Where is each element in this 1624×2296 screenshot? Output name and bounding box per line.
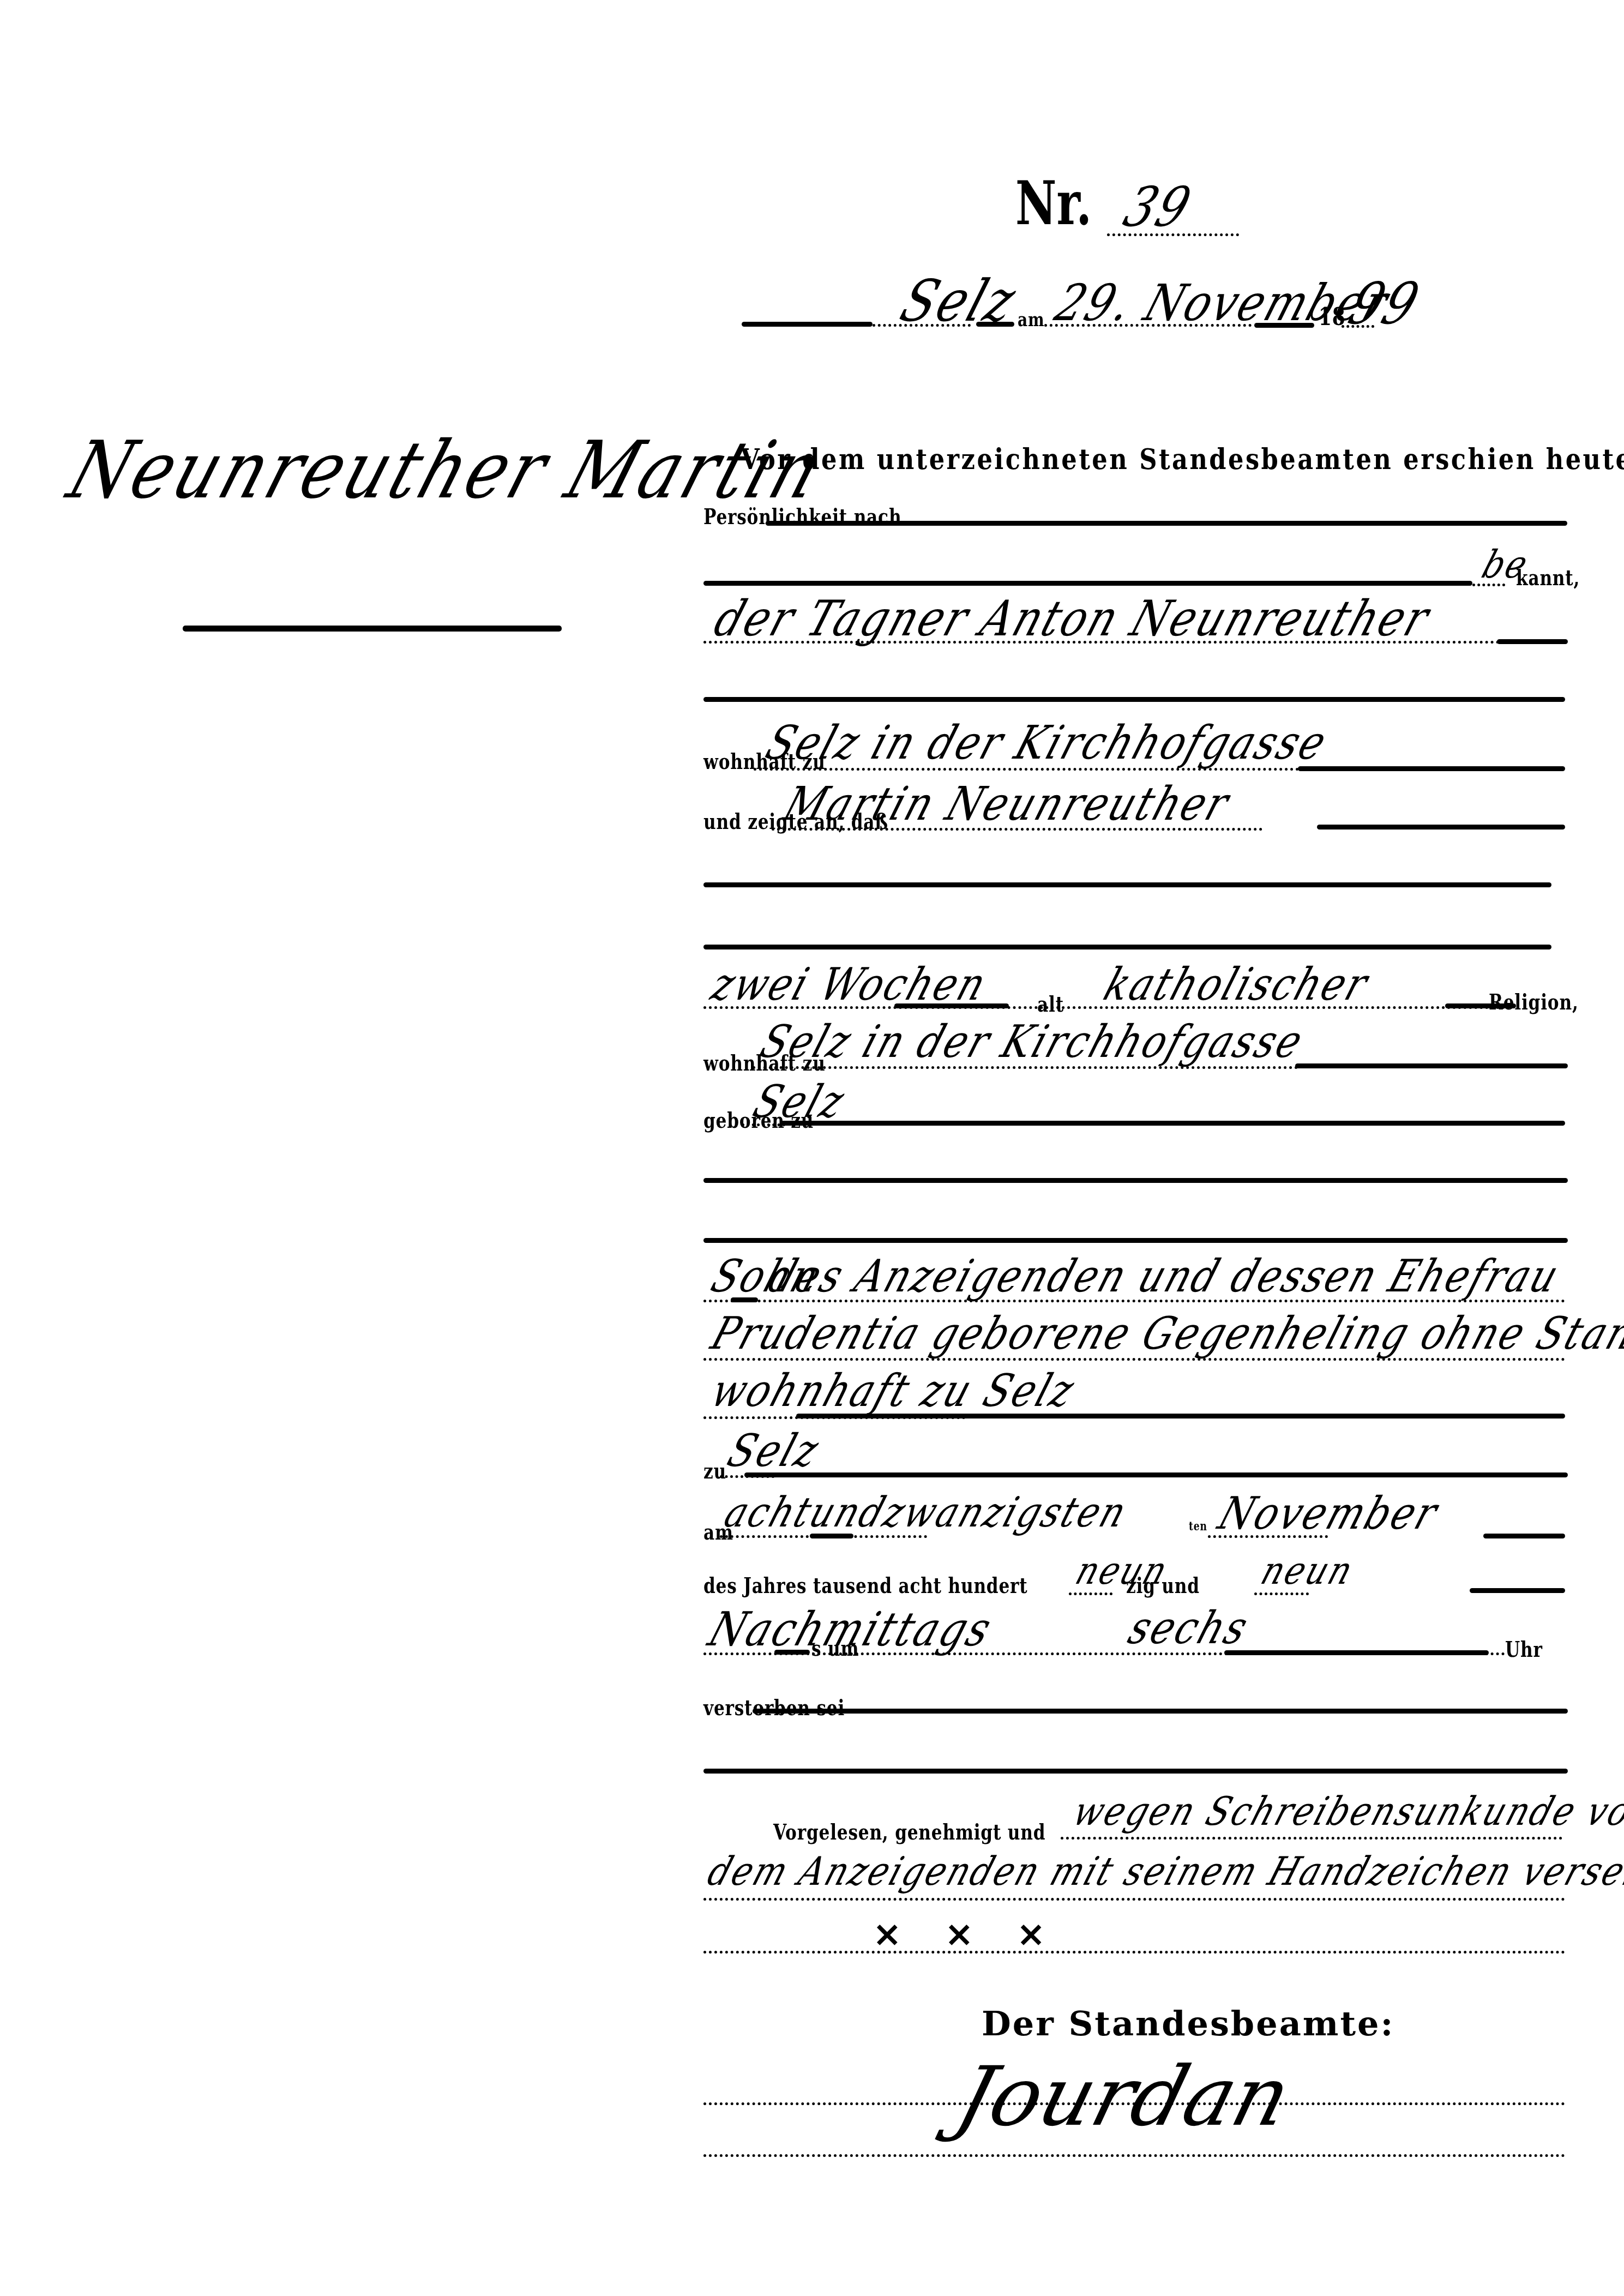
death-place: Selz (723, 1429, 825, 1474)
informant-residence-line-end (1298, 766, 1565, 771)
blank-line-3 (703, 945, 1551, 949)
deceased-residence: Selz in der Kirchhofgasse (755, 1020, 1309, 1065)
deceased-name: Martin Neunreuther (779, 781, 1236, 827)
religion-label: Religion, (1489, 991, 1579, 1013)
closing-line-2: dem Anzeigenden mit seinem Handzeichen v… (703, 1852, 1624, 1891)
record-number-label: Nr. (1015, 173, 1092, 233)
blank-line-2 (703, 882, 1551, 887)
s-um-label: s um (811, 1638, 859, 1660)
registrar-signature: Jourdan (949, 2056, 1298, 2138)
birthplace-line-end (780, 1121, 1565, 1126)
informant-line-end (1497, 639, 1568, 644)
death-month-line-end (1483, 1534, 1565, 1538)
record-number-underline (1107, 233, 1239, 236)
hand-marks-dots (703, 1951, 1565, 1954)
record-number-value: 39 (1118, 180, 1198, 235)
death-day: achtundzwanzigsten (720, 1492, 1133, 1533)
religion-value: katholischer (1099, 963, 1374, 1007)
margin-underline (183, 626, 562, 632)
uhr-label: Uhr (1505, 1639, 1543, 1661)
am-label: am (1018, 310, 1044, 329)
ten-label: ten (1189, 1520, 1207, 1532)
vorgelesen-label: Vorgelesen, genehmigt und (773, 1822, 1045, 1843)
birthplace: Selz (748, 1080, 851, 1125)
closing-line-1-dots (1061, 1837, 1562, 1840)
closing-line-1: wegen Schreibensunkunde von (1069, 1792, 1624, 1831)
bekannt-line (703, 581, 1472, 586)
informant-name: der Tagner Anton Neunreuther (709, 594, 1436, 644)
informant-hand-marks: × × × (873, 1917, 1061, 1952)
persoenlichkeit-line (766, 521, 1567, 526)
blank-line-1 (703, 697, 1565, 702)
year-units: neun (1257, 1552, 1359, 1590)
death-month: November (1213, 1492, 1444, 1536)
parents-line-2: Prudentia geborene Gegenheling ohne Stan… (706, 1312, 1624, 1356)
deceased-name-line-end (1317, 825, 1565, 830)
header-rule-mid (976, 322, 1014, 327)
header-rule-right (1254, 323, 1314, 328)
parents-line-3: wohnhaft zu Selz (706, 1369, 1081, 1414)
informant-residence: Selz in der Kirchhofgasse (761, 720, 1333, 766)
blank-line-4 (703, 1178, 1568, 1183)
header-rule-left (742, 322, 873, 327)
verstorben-label: verstorben sei (703, 1697, 845, 1719)
parents-line-3-end (796, 1414, 1565, 1419)
death-place-line-end (744, 1472, 1568, 1477)
verstorben-line (753, 1709, 1568, 1714)
parents-line-1-gap (731, 1297, 758, 1302)
jahres-label: des Jahres tausend acht hundert (703, 1575, 1027, 1597)
registrar-title: Der Standesbeamte: (982, 2007, 1394, 2041)
signature-line-1 (703, 2102, 1565, 2105)
hour-line (1224, 1650, 1489, 1655)
age-line (894, 1003, 1009, 1008)
blank-line-6 (703, 1769, 1568, 1774)
deceased-residence-line-end (1295, 1063, 1568, 1068)
intro-text: Vor dem unterzeichneten Standesbeamten e… (741, 446, 1624, 474)
parents-line-1-b: des Anzeigenden und dessen Ehefrau (763, 1254, 1565, 1299)
bekannt-label: kannt, (1516, 567, 1580, 589)
age-value: zwei Wochen (706, 963, 993, 1007)
blank-line-5 (703, 1238, 1568, 1243)
closing-line-2-dots (703, 1898, 1565, 1901)
death-day-line (810, 1534, 853, 1538)
year-line-end (1470, 1588, 1565, 1593)
hour: sechs (1123, 1606, 1254, 1651)
time-line-1 (774, 1650, 810, 1655)
zig-label: zig und (1126, 1575, 1200, 1597)
margin-deceased-name: Neunreuther Martin (60, 431, 833, 510)
alt-label: alt (1037, 994, 1064, 1015)
signature-line-2 (703, 2154, 1565, 2157)
